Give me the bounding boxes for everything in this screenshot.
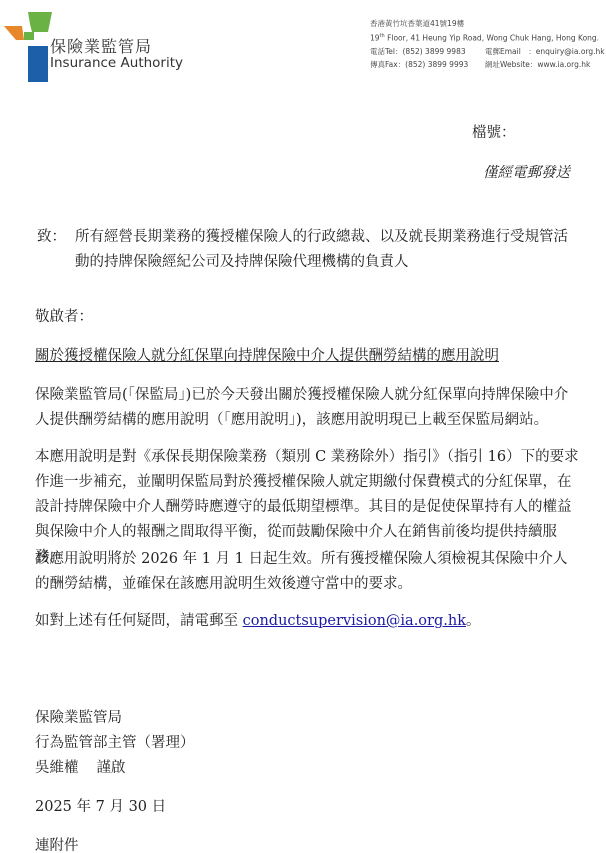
address-en: 19th Floor, 41 Heung Yip Road, Wong Chuk… xyxy=(370,30,599,45)
subject-heading: 關於獲授權保險人就分紅保單向持牌保險中介人提供酬勞結構的應用說明 xyxy=(35,344,499,369)
enclosure-note: 連附件 xyxy=(35,834,79,853)
org-name-zh: 保險業監管局 xyxy=(50,38,152,56)
signature-org: 保險業監管局 xyxy=(35,706,122,731)
org-name-en: Insurance Authority xyxy=(50,55,183,71)
signature-name: 吳維權謹啟 xyxy=(35,756,126,781)
contact-paragraph: 如對上述有任何疑問，請電郵至 conductsupervision@ia.org… xyxy=(35,609,580,634)
delivery-note: 僅經電郵發送 xyxy=(483,161,570,186)
contact-email-link[interactable]: conductsupervision@ia.org.hk xyxy=(243,613,466,629)
paragraph-3: 該應用說明將於 2026 年 1 月 1 日起生效。所有獲授權保險人須檢視其保險… xyxy=(35,547,580,597)
letter-date: 2025 年 7 月 30 日 xyxy=(35,795,166,820)
address-zh: 香港黃竹坑香葉道41號19樓 xyxy=(370,17,599,30)
salutation: 敬啟者： xyxy=(35,305,93,330)
email: 電郵Email ：enquiry@ia.org.hk xyxy=(485,45,605,58)
contact-block: 香港黃竹坑香葉道41號19樓 19th Floor, 41 Heung Yip … xyxy=(370,17,599,71)
ia-logo-icon xyxy=(4,10,56,82)
tel: 電話Tel：(852) 3899 9983 xyxy=(370,47,466,56)
recipient-text: 所有經營長期業務的獲授權保險人的行政總裁、以及就長期業務進行受規管活動的持牌保險… xyxy=(75,225,575,275)
fax: 傳真Fax：(852) 3899 9993 xyxy=(370,60,468,69)
reference-label: 檔號： xyxy=(472,121,516,146)
paragraph-1: 保險業監管局(「保監局」)已於今天發出關於獲授權保險人就分紅保單向持牌保險中介人… xyxy=(35,383,580,433)
website: 網址Website：www.ia.org.hk xyxy=(485,58,590,71)
recipient-label: 致： xyxy=(37,225,66,250)
signature-title: 行為監管部主管（署理） xyxy=(35,731,195,756)
